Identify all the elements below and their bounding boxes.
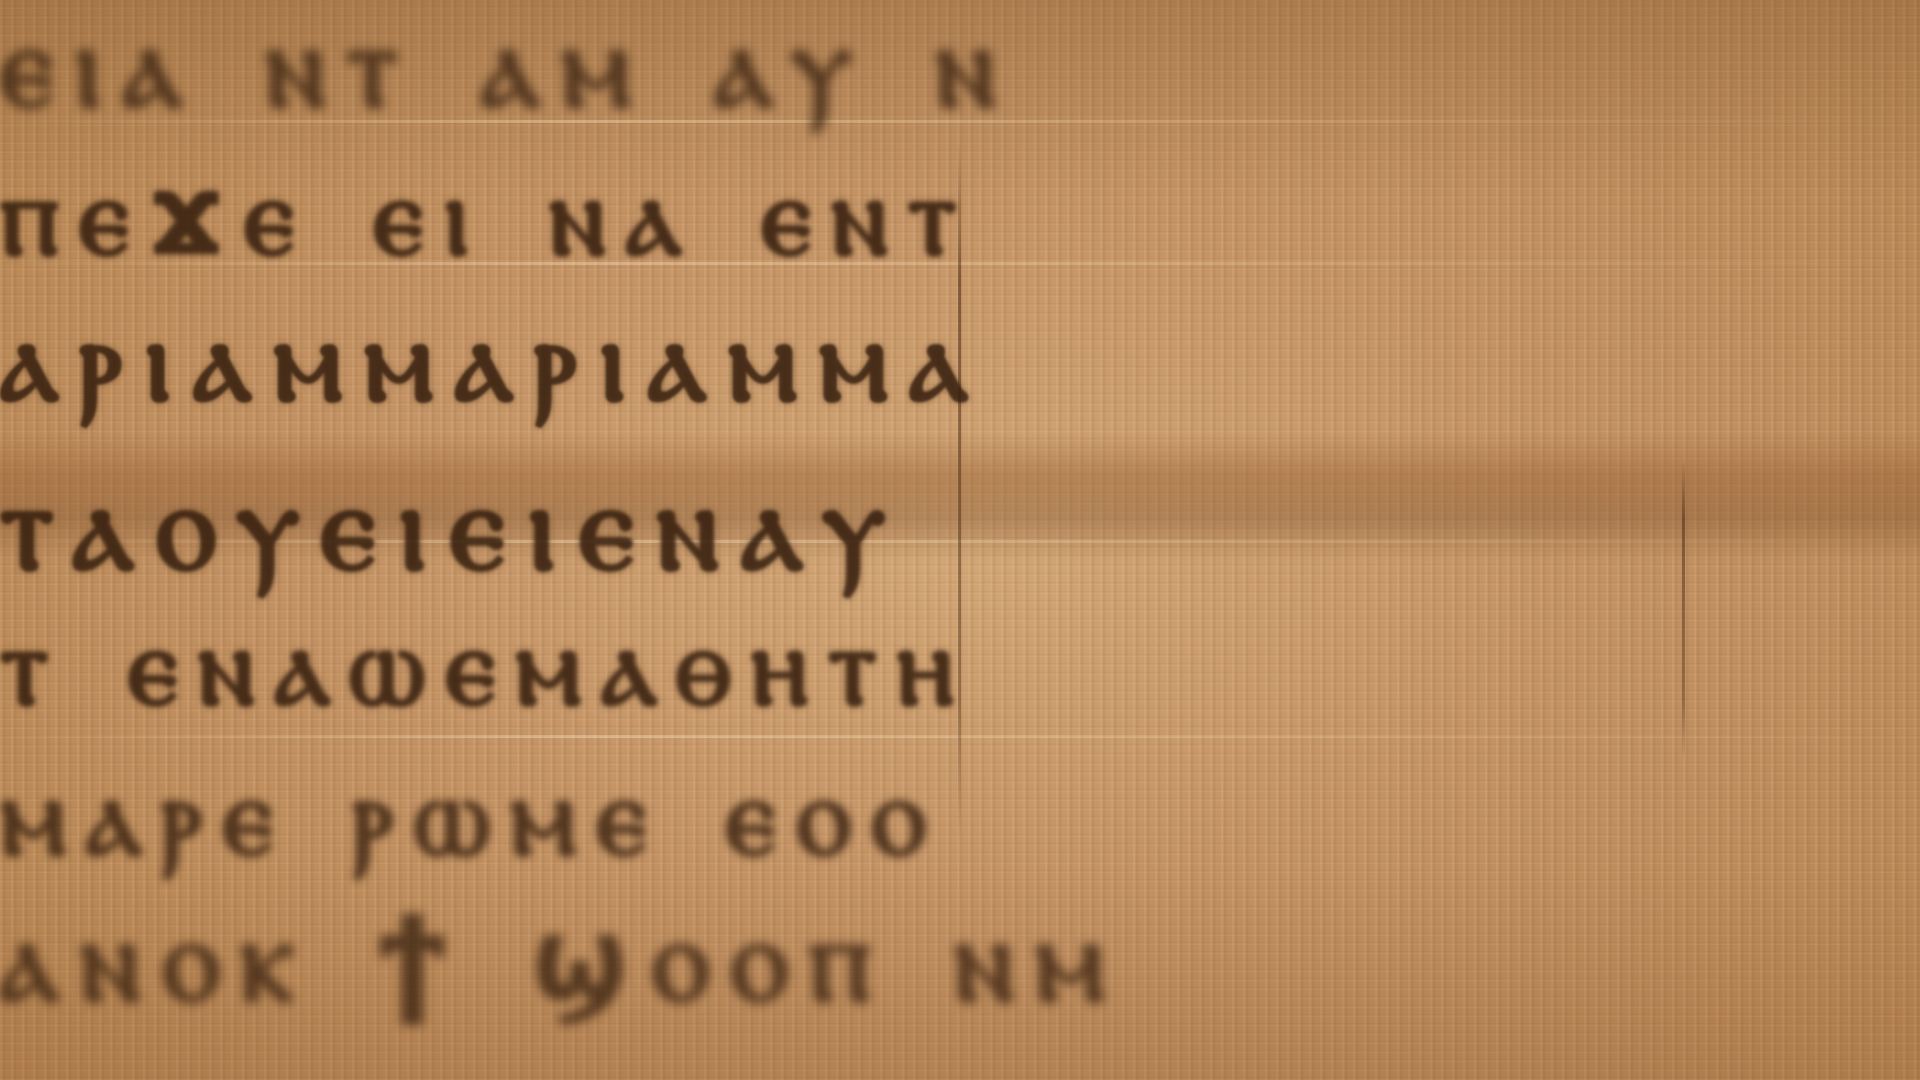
ink-line-7: ⲁⲛⲟⲕ ϯ ϣⲟⲟⲡ ⲛⲙ xyxy=(0,900,1920,1018)
papyrus-photo: ⲉⲓⲁ ⲛⲧ ⲁⲙ ⲁⲩ ⲛ ⲡⲉϫⲉ ⲉⲓ ⲛⲁ ⲉⲛⲧ ⲁⲣⲓⲁⲙⲙⲁⲣⲓⲁ… xyxy=(0,0,1920,1080)
ink-line-5: ⲧ ⲉⲛⲁⲱⲉⲙⲁⲑⲏⲧⲏ xyxy=(0,610,1920,722)
ink-line-4: ⲧⲁⲟⲩⲉⲓⲉⲓⲉⲛⲁⲩ xyxy=(0,465,1920,589)
ink-line-3: ⲁⲣⲓⲁⲙⲙⲁⲣⲓⲁⲙⲙⲁ xyxy=(0,300,1920,418)
ink-line-6: ⲙⲁⲣⲉ ⲣⲱⲙⲉ ⲉⲟⲟ xyxy=(0,760,1920,872)
ink-line-1: ⲉⲓⲁ ⲛⲧ ⲁⲙ ⲁⲩ ⲛ xyxy=(0,6,1920,124)
ink-line-2: ⲡⲉϫⲉ ⲉⲓ ⲛⲁ ⲉⲛⲧ xyxy=(0,160,1920,272)
